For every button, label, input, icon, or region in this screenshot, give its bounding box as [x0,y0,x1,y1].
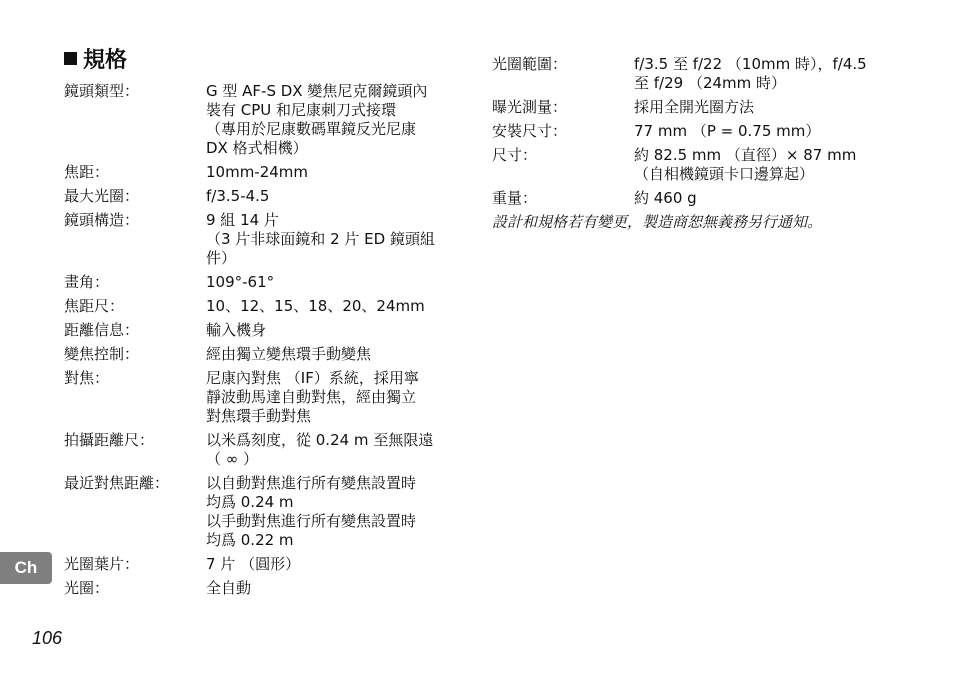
spec-row: 畫角：109°-61° [64,273,474,292]
spec-label: 光圈： [64,579,206,598]
spec-row: 變焦控制：經由獨立變焦環手動變焦 [64,345,474,364]
spec-row: 最近對焦距離：以自動對焦進行所有變焦設置時均爲 0.24 m以手動對焦進行所有變… [64,474,474,550]
spec-label: 焦距尺： [64,297,206,316]
page-number: 106 [32,628,62,649]
spec-value-line: 約 460 g [634,189,902,208]
spec-label: 尺寸： [492,146,634,184]
spec-value-line: 尼康內對焦 （IF）系統，採用寧 [206,369,474,388]
spec-value-line: 7 片 （圓形） [206,555,474,574]
spec-value-line: 至 f/29 （24mm 時） [634,74,902,93]
right-spec-column: 光圈範圍：f/3.5 至 f/22 （10mm 時），f/4.5至 f/29 （… [492,55,902,232]
title-text: 規格 [83,48,127,73]
spec-value-line: 全自動 [206,579,474,598]
spec-value-line: 約 82.5 mm （直徑）× 87 mm [634,146,902,165]
spec-value: 10、12、15、18、20、24mm [206,297,474,316]
spec-value-line: 輸入機身 [206,321,474,340]
spec-value-line: 均爲 0.24 m [206,493,474,512]
spec-value: 約 82.5 mm （直徑）× 87 mm（自相機鏡頭卡口邊算起） [634,146,902,184]
spec-label: 安裝尺寸： [492,122,634,141]
spec-value: 以自動對焦進行所有變焦設置時均爲 0.24 m以手動對焦進行所有變焦設置時均爲 … [206,474,474,550]
spec-label: 最近對焦距離： [64,474,206,550]
spec-row: 安裝尺寸：77 mm （P = 0.75 mm） [492,122,902,141]
spec-value-line: 以手動對焦進行所有變焦設置時 [206,512,474,531]
spec-value-line: 靜波動馬達自動對焦，經由獨立 [206,388,474,407]
spec-value: G 型 AF-S DX 變焦尼克爾鏡頭內裝有 CPU 和尼康刺刀式接環（專用於尼… [206,82,474,158]
spec-value-line: （ ∞ ） [206,450,474,469]
spec-value-line: （專用於尼康數碼單鏡反光尼康 [206,120,474,139]
spec-label: 光圈葉片： [64,555,206,574]
spec-label: 重量： [492,189,634,208]
spec-value: 尼康內對焦 （IF）系統，採用寧靜波動馬達自動對焦，經由獨立對焦環手動對焦 [206,369,474,426]
spec-row: 對焦：尼康內對焦 （IF）系統，採用寧靜波動馬達自動對焦，經由獨立對焦環手動對焦 [64,369,474,426]
spec-label: 焦距： [64,163,206,182]
spec-label: 鏡頭類型： [64,82,206,158]
spec-label: 拍攝距離尺： [64,431,206,469]
spec-value: 109°-61° [206,273,474,292]
spec-label: 曝光測量： [492,98,634,117]
spec-label: 光圈範圍： [492,55,634,93]
spec-value: 採用全開光圈方法 [634,98,902,117]
spec-value-line: f/3.5 至 f/22 （10mm 時），f/4.5 [634,55,902,74]
spec-label: 對焦： [64,369,206,426]
language-tab-chinese: Ch [0,552,52,584]
spec-value-line: 以自動對焦進行所有變焦設置時 [206,474,474,493]
spec-value-line: 經由獨立變焦環手動變焦 [206,345,474,364]
spec-row: 焦距尺：10、12、15、18、20、24mm [64,297,474,316]
spec-row: 距離信息：輸入機身 [64,321,474,340]
spec-value: 全自動 [206,579,474,598]
spec-row: 光圈葉片：7 片 （圓形） [64,555,474,574]
spec-value: 經由獨立變焦環手動變焦 [206,345,474,364]
spec-value-line: 均爲 0.22 m [206,531,474,550]
spec-value-line: DX 格式相機） [206,139,474,158]
spec-value-line: 對焦環手動對焦 [206,407,474,426]
spec-row: 鏡頭類型：G 型 AF-S DX 變焦尼克爾鏡頭內裝有 CPU 和尼康刺刀式接環… [64,82,474,158]
spec-value: 輸入機身 [206,321,474,340]
spec-value-line: 9 組 14 片 [206,211,474,230]
spec-row: 最大光圈：f/3.5-4.5 [64,187,474,206]
spec-row: 曝光測量：採用全開光圈方法 [492,98,902,117]
left-spec-column: 鏡頭類型：G 型 AF-S DX 變焦尼克爾鏡頭內裝有 CPU 和尼康刺刀式接環… [64,82,474,603]
spec-value-line: 件） [206,249,474,268]
spec-value-line: 裝有 CPU 和尼康刺刀式接環 [206,101,474,120]
square-bullet-icon [64,52,77,65]
spec-label: 最大光圈： [64,187,206,206]
spec-value: f/3.5 至 f/22 （10mm 時），f/4.5至 f/29 （24mm … [634,55,902,93]
spec-value: f/3.5-4.5 [206,187,474,206]
spec-value-line: 77 mm （P = 0.75 mm） [634,122,902,141]
page-title: 規格 [64,47,127,75]
spec-value: 77 mm （P = 0.75 mm） [634,122,902,141]
spec-label: 畫角： [64,273,206,292]
spec-value-line: 10mm-24mm [206,163,474,182]
spec-row: 尺寸：約 82.5 mm （直徑）× 87 mm（自相機鏡頭卡口邊算起） [492,146,902,184]
spec-value-line: 以米爲刻度，從 0.24 m 至無限遠 [206,431,474,450]
spec-value-line: 10、12、15、18、20、24mm [206,297,474,316]
spec-value: 7 片 （圓形） [206,555,474,574]
spec-value: 10mm-24mm [206,163,474,182]
spec-value: 以米爲刻度，從 0.24 m 至無限遠（ ∞ ） [206,431,474,469]
spec-value: 約 460 g [634,189,902,208]
spec-row: 光圈：全自動 [64,579,474,598]
spec-value: 9 組 14 片（3 片非球面鏡和 2 片 ED 鏡頭組件） [206,211,474,268]
spec-row: 光圈範圍：f/3.5 至 f/22 （10mm 時），f/4.5至 f/29 （… [492,55,902,93]
spec-value-line: 採用全開光圈方法 [634,98,902,117]
spec-value-line: G 型 AF-S DX 變焦尼克爾鏡頭內 [206,82,474,101]
spec-value-line: 109°-61° [206,273,474,292]
spec-value-line: （3 片非球面鏡和 2 片 ED 鏡頭組 [206,230,474,249]
spec-value-line: f/3.5-4.5 [206,187,474,206]
spec-label: 距離信息： [64,321,206,340]
disclaimer-note: 設計和規格若有變更，製造商恕無義務另行通知。 [492,213,902,232]
spec-row: 焦距：10mm-24mm [64,163,474,182]
spec-value-line: （自相機鏡頭卡口邊算起） [634,165,902,184]
spec-row: 重量：約 460 g [492,189,902,208]
spec-row: 拍攝距離尺：以米爲刻度，從 0.24 m 至無限遠（ ∞ ） [64,431,474,469]
spec-row: 鏡頭構造：9 組 14 片（3 片非球面鏡和 2 片 ED 鏡頭組件） [64,211,474,268]
spec-label: 鏡頭構造： [64,211,206,268]
spec-label: 變焦控制： [64,345,206,364]
